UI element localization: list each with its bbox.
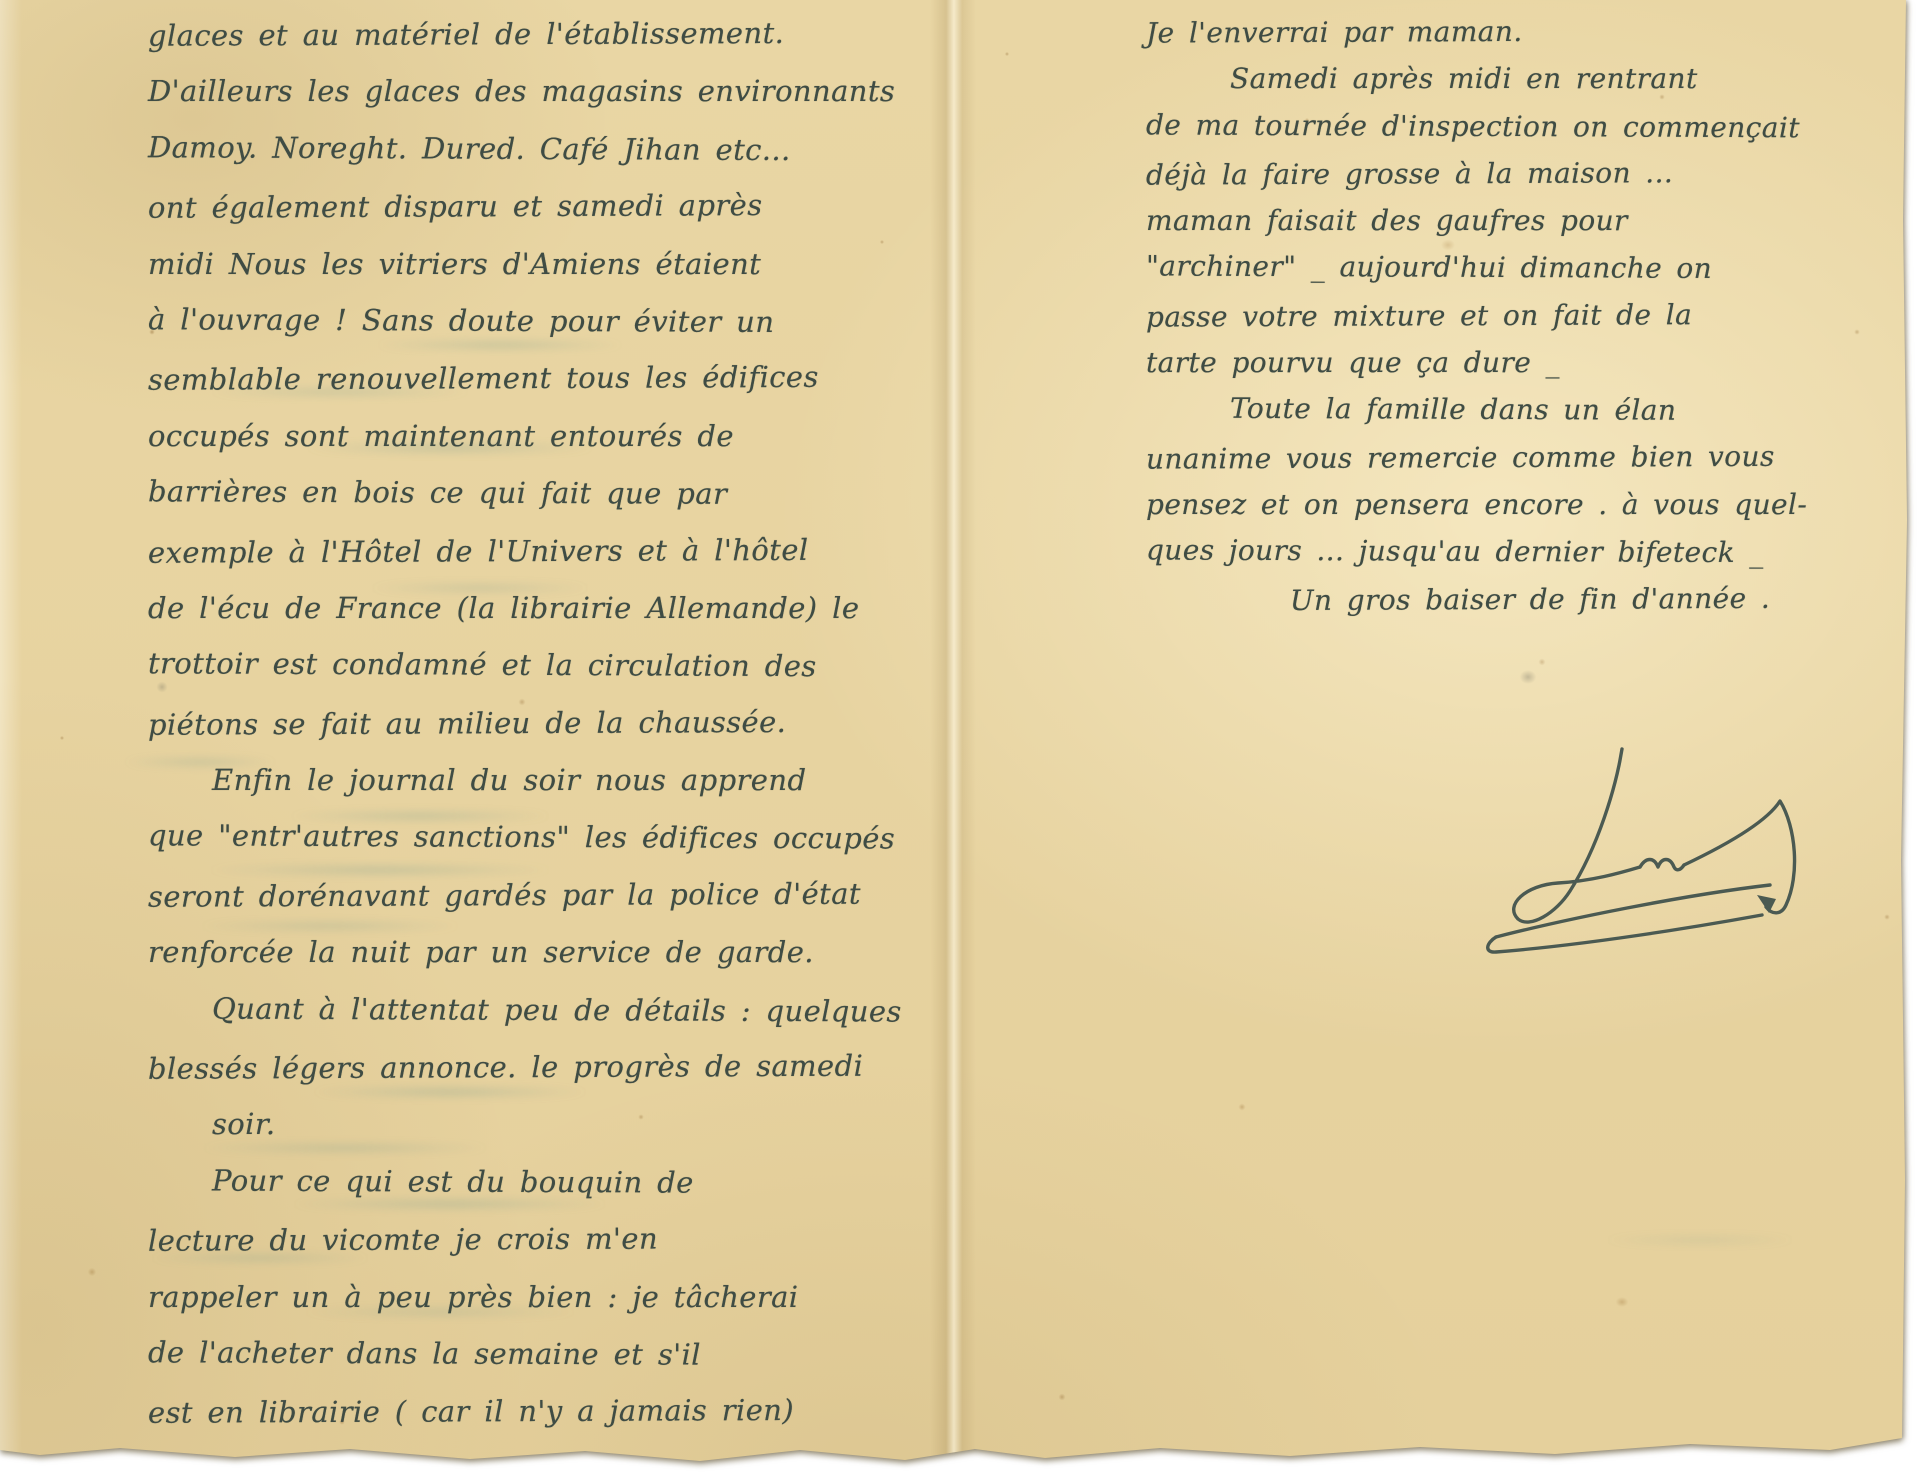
handwritten-line: passe votre mixture et on fait de la bbox=[1146, 290, 1866, 340]
handwritten-line: renforcée la nuit par un service de gard… bbox=[148, 924, 958, 981]
handwritten-line: semblable renouvellement tous les édific… bbox=[148, 349, 958, 410]
handwritten-line: "archiner" _ aujourd'hui dimanche on bbox=[1146, 243, 1866, 293]
handwritten-line: exemple à l'Hôtel de l'Univers et à l'hô… bbox=[148, 521, 958, 582]
handwritten-line: est en librairie ( car il n'y a jamais r… bbox=[148, 1382, 958, 1443]
handwritten-line: piétons se fait au milieu de la chaussée… bbox=[148, 693, 958, 754]
handwritten-line: ques jours ... jusqu'au dernier bifeteck… bbox=[1146, 527, 1866, 577]
handwritten-line: D'ailleurs les glaces des magasins envir… bbox=[148, 63, 958, 120]
handwritten-line: de l'acheter dans la semaine et s'il bbox=[148, 1324, 958, 1385]
paper-shadow-wrap: glaces et au matériel de l'établissement… bbox=[0, 0, 1920, 1477]
handwritten-line: que "entr'autres sanctions" les édifices… bbox=[148, 808, 958, 869]
handwritten-line: occupés sont maintenant entourés de bbox=[148, 408, 958, 465]
handwritten-line: Un gros baiser de fin d'année . bbox=[1146, 574, 1866, 624]
handwritten-line: trottoir est condamné et la circulation … bbox=[148, 636, 958, 697]
letter-scan: glaces et au matériel de l'établissement… bbox=[0, 0, 1920, 1477]
handwritten-line: de ma tournée d'inspection on commençait bbox=[1146, 101, 1866, 151]
handwritten-line: Je l'enverrai par maman. bbox=[1146, 6, 1866, 56]
handwritten-line: Quant à l'attentat peu de détails : quel… bbox=[148, 980, 958, 1041]
signature-flourish bbox=[1470, 735, 1810, 1015]
letter-paper: glaces et au matériel de l'établissement… bbox=[0, 0, 1920, 1477]
handwritten-line: barrières en bois ce qui fait que par bbox=[148, 463, 958, 524]
handwritten-line: glaces et au matériel de l'établissement… bbox=[148, 4, 958, 65]
handwritten-line: blessés légers annonce. le progrès de sa… bbox=[148, 1037, 958, 1098]
handwritten-line: de l'écu de France (la librairie Alleman… bbox=[148, 580, 958, 637]
handwritten-line: Enfin le journal du soir nous apprend bbox=[148, 752, 958, 809]
handwritten-line: tarte pourvu que ça dure _ bbox=[1146, 339, 1866, 386]
letter-page-right: Je l'enverrai par maman.Samedi après mid… bbox=[1146, 8, 1866, 623]
handwritten-line: ont également disparu et samedi après bbox=[148, 176, 958, 237]
handwritten-line: maman faisait des gaufres pour bbox=[1146, 197, 1866, 244]
handwritten-line: midi Nous les vitriers d'Amiens étaient bbox=[148, 236, 958, 293]
handwritten-line: déjà la faire grosse à la maison ... bbox=[1146, 148, 1866, 198]
handwritten-line: Damoy. Noreght. Dured. Café Jihan etc... bbox=[148, 119, 958, 180]
handwritten-line: Pour ce qui est du bouquin de bbox=[148, 1152, 958, 1213]
handwritten-line: soir. bbox=[148, 1096, 958, 1153]
handwritten-line: Toute la famille dans un élan bbox=[1146, 385, 1866, 435]
handwritten-line: Samedi après midi en rentrant bbox=[1146, 55, 1866, 102]
handwritten-line: lecture du vicomte je crois m'en bbox=[148, 1209, 958, 1270]
handwritten-line: rappeler un à peu près bien : je tâchera… bbox=[148, 1269, 958, 1326]
handwritten-line: unanime vous remercie comme bien vous bbox=[1146, 432, 1866, 482]
handwritten-line: à l'ouvrage ! Sans doute pour éviter un bbox=[148, 291, 958, 352]
handwritten-line: pensez et on pensera encore . à vous que… bbox=[1146, 481, 1866, 528]
letter-page-left: glaces et au matériel de l'établissement… bbox=[148, 6, 958, 1441]
handwritten-line: seront dorénavant gardés par la police d… bbox=[148, 865, 958, 926]
